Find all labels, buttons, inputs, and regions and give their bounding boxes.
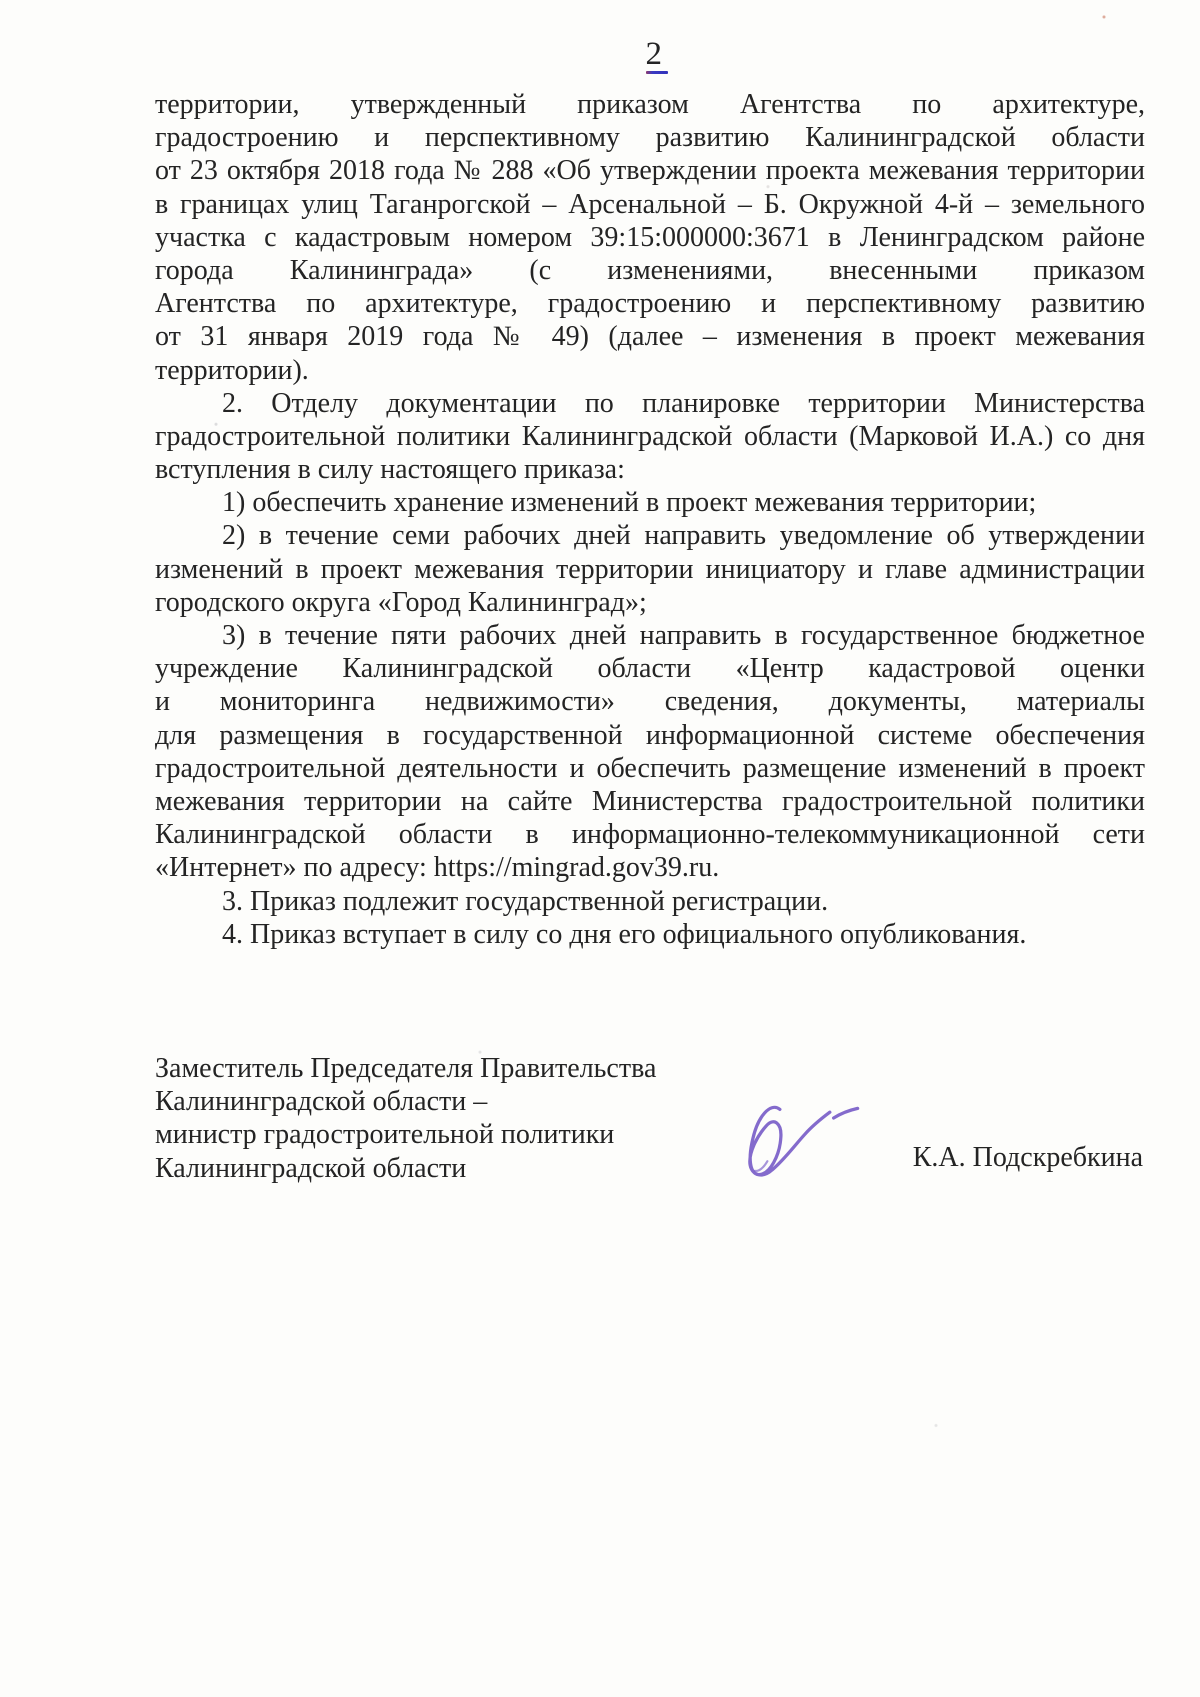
text-line: для размещения в государственной информа… [155,719,1145,752]
page-number: 2 [155,36,1145,72]
text-line: 2. Отделу документации по планировке тер… [155,387,1145,420]
text-line: учреждение Калининградской области «Цент… [155,652,1145,685]
text-line: 3. Приказ подлежит государственной регис… [155,885,1145,918]
text-line: межевания территории на сайте Министерст… [155,785,1145,818]
text-line: от 31 января 2019 года № 49) (далее – из… [155,320,1145,353]
text-line: градостроению и перспективному развитию … [155,121,1145,154]
text-line: территории). [155,354,1145,387]
text-line: города Калининграда» (с изменениями, вне… [155,254,1145,287]
signature-scribble-icon [738,1094,864,1190]
signatory-title-line: министр градостроительной политики [155,1118,795,1151]
text-line: от 23 октября 2018 года № 288 «Об утверж… [155,154,1145,187]
text-line: Калининградской области в информационно-… [155,818,1145,851]
signatory-title-line: Заместитель Председателя Правительства [155,1052,795,1085]
text-line: городского округа «Город Калининград»; [155,586,1145,619]
text-line: 4. Приказ вступает в силу со дня его офи… [155,918,1145,951]
scanned-document-page: 2 территории, утвержденный приказом Аген… [0,0,1200,1697]
page-number-underline-artifact [646,71,668,74]
signatory-name: К.А. Подскребкина [913,1141,1143,1174]
text-line: вступления в силу настоящего приказа: [155,453,1145,486]
text-line: градостроительной деятельности и обеспеч… [155,752,1145,785]
signatory-title-line: Калининградской области [155,1152,795,1185]
text-line: и мониторинга недвижимости» сведения, до… [155,685,1145,718]
text-line: 1) обеспечить хранение изменений в проек… [155,486,1145,519]
text-line: 2) в течение семи рабочих дней направить… [155,519,1145,552]
handwritten-signature [738,1094,864,1190]
text-line: Агентства по архитектуре, градостроению … [155,287,1145,320]
text-line: в границах улиц Таганрогской – Арсенальн… [155,188,1145,221]
document-body: территории, утвержденный приказом Агентс… [155,88,1145,951]
text-line: 3) в течение пяти рабочих дней направить… [155,619,1145,652]
text-line: территории, утвержденный приказом Агентс… [155,88,1145,121]
text-line: изменений в проект межевания территории … [155,553,1145,586]
text-line: градостроительной политики Калининградск… [155,420,1145,453]
text-line: участка с кадастровым номером 39:15:0000… [155,221,1145,254]
signatory-title-block: Заместитель Председателя Правительства К… [155,1052,795,1185]
text-line: «Интернет» по адресу: https://mingrad.go… [155,851,1145,884]
signatory-title-line: Калининградской области – [155,1085,795,1118]
